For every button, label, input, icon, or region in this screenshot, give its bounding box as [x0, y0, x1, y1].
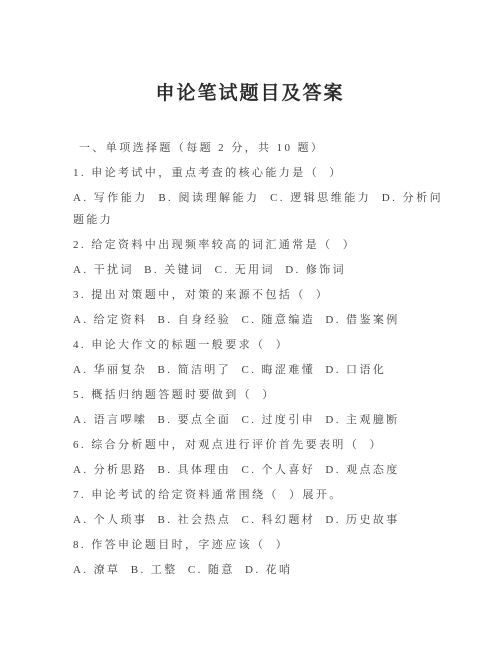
question-options: A. 个人琐事 B. 社会热点 C. 科幻题材 D. 历史故事 [73, 509, 443, 531]
question-1: 1. 申论考试中，重点考查的核心能力是（ ） A. 写作能力 B. 阅读理解能力… [73, 162, 443, 231]
document-title: 申论笔试题目及答案 [0, 0, 500, 105]
question-stem: 1. 申论考试中，重点考查的核心能力是（ ） [73, 162, 443, 184]
section-heading: 一、单项选择题（每题 2 分，共 10 题） [73, 137, 443, 159]
question-stem: 3. 提出对策题中，对策的来源不包括（ ） [73, 284, 443, 306]
document-body: 一、单项选择题（每题 2 分，共 10 题） 1. 申论考试中，重点考查的核心能… [0, 105, 500, 581]
question-options: A. 干扰词 B. 关键词 C. 无用词 D. 修饰词 [73, 259, 443, 281]
question-7: 7. 申论考试的给定资料通常围绕（ ）展开。 A. 个人琐事 B. 社会热点 C… [73, 484, 443, 531]
question-options: A. 给定资料 B. 自身经验 C. 随意编造 D. 借鉴案例 [73, 309, 443, 331]
question-stem: 4. 申论大作文的标题一般要求（ ） [73, 334, 443, 356]
question-options: A. 华丽复杂 B. 简洁明了 C. 晦涩难懂 D. 口语化 [73, 359, 443, 381]
question-stem: 8. 作答申论题目时，字迹应该（ ） [73, 534, 443, 556]
question-stem: 5. 概括归纳题答题时要做到（ ） [73, 384, 443, 406]
document-page: 申论笔试题目及答案 一、单项选择题（每题 2 分，共 10 题） 1. 申论考试… [0, 0, 500, 647]
question-options: A. 潦草 B. 工整 C. 随意 D. 花哨 [73, 559, 443, 581]
question-3: 3. 提出对策题中，对策的来源不包括（ ） A. 给定资料 B. 自身经验 C.… [73, 284, 443, 331]
question-2: 2. 给定资料中出现频率较高的词汇通常是（ ） A. 干扰词 B. 关键词 C.… [73, 234, 443, 281]
question-stem: 7. 申论考试的给定资料通常围绕（ ）展开。 [73, 484, 443, 506]
question-5: 5. 概括归纳题答题时要做到（ ） A. 语言啰嗦 B. 要点全面 C. 过度引… [73, 384, 443, 431]
question-options: A. 分析思路 B. 具体理由 C. 个人喜好 D. 观点态度 [73, 459, 443, 481]
question-options: A. 写作能力 B. 阅读理解能力 C. 逻辑思维能力 D. 分析问题能力 [73, 187, 443, 231]
question-options: A. 语言啰嗦 B. 要点全面 C. 过度引申 D. 主观臆断 [73, 409, 443, 431]
question-6: 6. 综合分析题中，对观点进行评价首先要表明（ ） A. 分析思路 B. 具体理… [73, 434, 443, 481]
question-stem: 2. 给定资料中出现频率较高的词汇通常是（ ） [73, 234, 443, 256]
question-8: 8. 作答申论题目时，字迹应该（ ） A. 潦草 B. 工整 C. 随意 D. … [73, 534, 443, 581]
question-stem: 6. 综合分析题中，对观点进行评价首先要表明（ ） [73, 434, 443, 456]
question-4: 4. 申论大作文的标题一般要求（ ） A. 华丽复杂 B. 简洁明了 C. 晦涩… [73, 334, 443, 381]
